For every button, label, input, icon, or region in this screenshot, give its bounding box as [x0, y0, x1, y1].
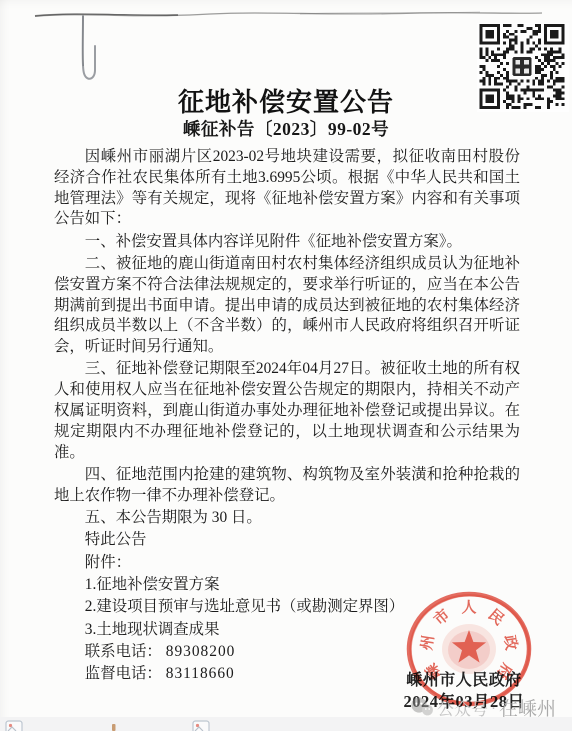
watermark-account-label: 公众号 [437, 695, 488, 720]
svg-text:州: 州 [418, 634, 437, 651]
watermark: 公众号 · 在嵊州 [410, 696, 556, 718]
svg-text:府: 府 [493, 660, 516, 682]
supervision-phone-number: 83118660 [166, 665, 235, 682]
svg-text:人: 人 [461, 599, 476, 616]
svg-text:政: 政 [500, 634, 520, 652]
item-2-hearing-request: 二、被征地的鹿山街道南田村农村集体经济组织成员认为征地补偿安置方案不符合法律法规… [54, 254, 520, 358]
watermark-separator: · [491, 699, 496, 716]
wechat-icon [410, 697, 434, 717]
item-3-registration-deadline: 三、征地补偿登记期限至2024年04月27日。被征收土地的所有权人和使用权人应当… [54, 359, 520, 463]
closing-statement: 特此公告 [54, 530, 520, 551]
contact-phone-label: 联系电话： [85, 643, 162, 660]
item-1-compensation-plan: 一、补偿安置具体内容详见附件《征地补偿安置方案》。 [54, 232, 520, 253]
item-5-notice-period: 五、本公告期限为 30 日。 [54, 508, 520, 529]
announcement-document: 征地补偿安置公告 嵊征补告〔2023〕99-02号 因嵊州市丽湖片区2023-0… [0, 0, 572, 731]
item-4-rush-construction: 四、征地范围内抢建的建筑物、构筑物及室外装潢和抢种抢栽的地上农作物一律不办理补偿… [54, 465, 520, 507]
svg-text:市: 市 [430, 605, 453, 628]
paragraph-intro: 因嵊州市丽湖片区2023-02号地块建设需要，拟征收南田村股份经济合作社农民集体… [54, 147, 520, 230]
svg-text:民: 民 [485, 606, 507, 629]
page-title: 征地补偿安置公告 [0, 82, 572, 119]
contact-phone-number: 89308200 [166, 643, 236, 660]
doc-number: 嵊征补告〔2023〕99-02号 [0, 116, 572, 141]
svg-text:嵊: 嵊 [422, 660, 445, 682]
watermark-account-name: 在嵊州 [499, 694, 556, 721]
attachments-label: 附件： [54, 553, 520, 574]
supervision-phone-label: 监督电话： [85, 665, 162, 682]
